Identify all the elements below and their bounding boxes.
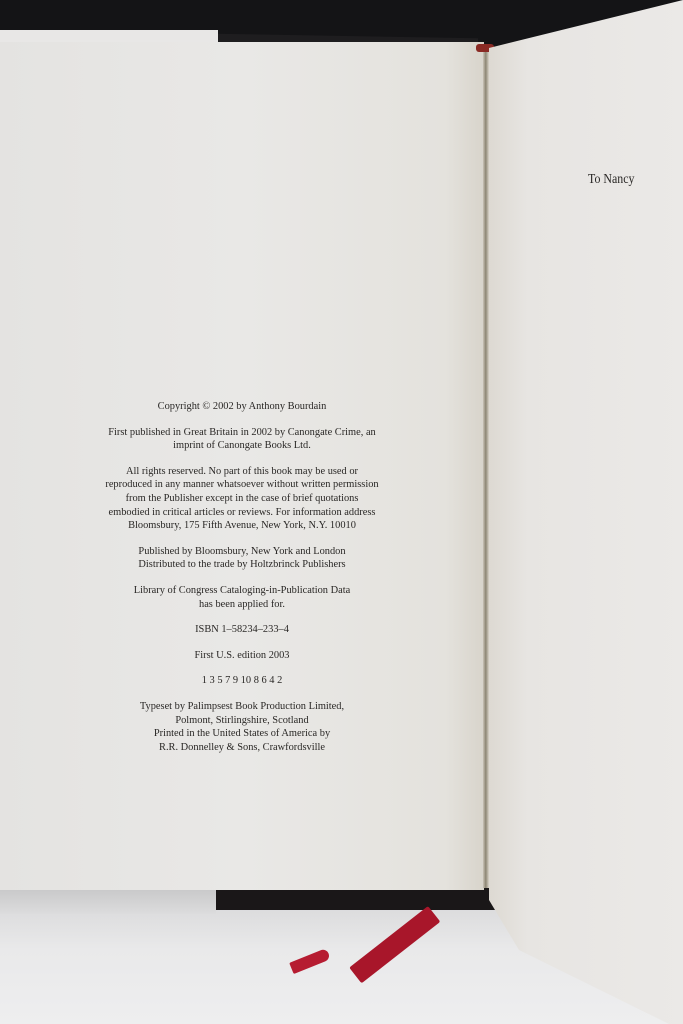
- copyright-line: Copyright © 2002 by Anthony Bourdain: [62, 400, 422, 414]
- dedication: To Nancy: [588, 172, 634, 188]
- publisher-line-1: Published by Bloomsbury, New York and Lo…: [62, 545, 422, 559]
- rights-line-3: from the Publisher except in the case of…: [62, 492, 422, 506]
- first-published-line-1: First published in Great Britain in 2002…: [62, 426, 422, 440]
- cip-line-1: Library of Congress Cataloging-in-Public…: [62, 584, 422, 598]
- copyright-notice: Copyright © 2002 by Anthony Bourdain: [62, 400, 422, 414]
- isbn-line: ISBN 1–58234–233–4: [62, 623, 422, 637]
- rights-notice: All rights reserved. No part of this boo…: [62, 465, 422, 533]
- production-line-2: Polmont, Stirlingshire, Scotland: [62, 714, 422, 728]
- rights-line-1: All rights reserved. No part of this boo…: [62, 465, 422, 479]
- first-published-notice: First published in Great Britain in 2002…: [62, 426, 422, 453]
- book-gutter: [483, 48, 489, 888]
- rights-line-4: embodied in critical articles or reviews…: [62, 506, 422, 520]
- edition: First U.S. edition 2003: [62, 649, 422, 663]
- production-notice: Typeset by Palimpsest Book Production Li…: [62, 700, 422, 754]
- dedication-page: [489, 0, 683, 1024]
- first-published-line-2: imprint of Canongate Books Ltd.: [62, 439, 422, 453]
- rights-line-2: reproduced in any manner whatsoever with…: [62, 478, 422, 492]
- rights-line-5: Bloomsbury, 175 Fifth Avenue, New York, …: [62, 519, 422, 533]
- publisher-line-2: Distributed to the trade by Holtzbrinck …: [62, 558, 422, 572]
- production-line-3: Printed in the United States of America …: [62, 727, 422, 741]
- production-line-1: Typeset by Palimpsest Book Production Li…: [62, 700, 422, 714]
- book-cover-bottom-edge: [216, 888, 496, 910]
- printing-number-line: 1 3 5 7 9 10 8 6 4 2: [62, 674, 422, 688]
- edition-line: First U.S. edition 2003: [62, 649, 422, 663]
- printing-line: 1 3 5 7 9 10 8 6 4 2: [62, 674, 422, 688]
- production-line-4: R.R. Donnelley & Sons, Crawfordsville: [62, 741, 422, 755]
- cip-line-2: has been applied for.: [62, 598, 422, 612]
- left-page-bottom-edge: [0, 888, 216, 914]
- copyright-text-block: Copyright © 2002 by Anthony Bourdain Fir…: [62, 400, 422, 766]
- cip-notice: Library of Congress Cataloging-in-Public…: [62, 584, 422, 611]
- isbn: ISBN 1–58234–233–4: [62, 623, 422, 637]
- publisher-notice: Published by Bloomsbury, New York and Lo…: [62, 545, 422, 572]
